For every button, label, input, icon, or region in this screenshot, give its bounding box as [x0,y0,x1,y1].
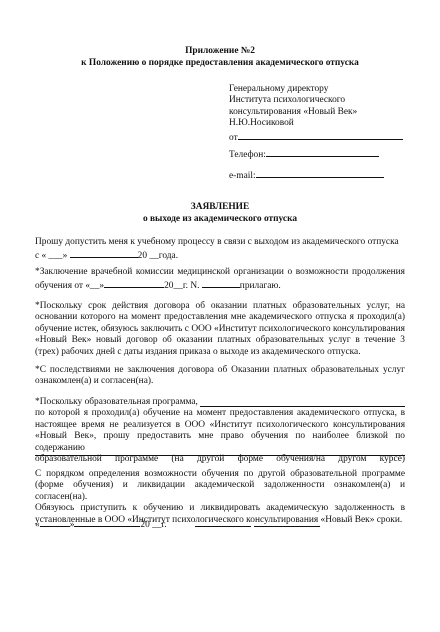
sign-year-label: 20 __г. [140,520,166,530]
p2-date-prefix: обучения от «__» [35,281,104,291]
from-field[interactable] [238,130,403,140]
p2-line-2: обучения от «__»20__г. N. прилагаю. [35,278,405,292]
addressee-block: Генеральному директору Института психоло… [229,84,409,144]
p2-year-text: 20__г. N. [164,281,202,291]
signature-row: «»20 __г. [35,517,405,531]
addressee-line-2: Института психологического [229,95,409,106]
conclusion-number-field[interactable] [202,278,240,288]
p2-line-1: *Заключение врачебной комиссии медицинск… [35,267,405,278]
conclusion-month-field[interactable] [104,278,164,288]
p5-program-label: *Поскольку образовательная программа, [35,397,198,408]
from-row: от [229,130,409,144]
appendix-subtitle: к Положению о порядке предоставления ака… [0,58,440,69]
addressee-line-1: Генеральному директору [229,84,409,95]
signature-name-field[interactable] [254,526,320,527]
addressee-line-3: консультирования «Новый Век» [229,107,409,118]
email-field[interactable] [256,168,384,178]
sign-month-field[interactable] [74,517,140,527]
statement-subtitle: о выходе из академического отпуска [0,214,440,225]
signature-slash: / [232,516,234,527]
p1-year-text: 20 __года. [138,251,178,261]
paragraph-return-request: Прошу допустить меня к учебному процессу… [35,237,405,263]
paragraph-contract-expired: *Поскольку срок действия договора об ока… [35,301,405,358]
p5-body: по которой я проходил(а) обучение на мом… [35,408,405,454]
p2-attach-text: прилагаю. [240,281,281,291]
statement-title: ЗАЯВЛЕНИЕ [0,202,440,213]
sign-day-field[interactable] [40,517,70,527]
p5-line-1: *Поскольку образовательная программа, [35,397,405,408]
p1-line-1: Прошу допустить меня к учебному процессу… [35,237,405,248]
paragraph-medical-conclusion: *Заключение врачебной комиссии медицинск… [35,267,405,293]
new-program-field[interactable] [35,455,405,456]
email-label: e-mail: [229,171,256,181]
p6-text: С порядком определения возможности обуче… [35,469,405,503]
phone-row: Телефон: [229,147,379,161]
signature-field[interactable] [195,526,251,527]
p1-date-prefix: с « ___» [35,251,70,261]
appendix-title: Приложение №2 [0,46,440,57]
from-label: от [229,133,238,143]
email-row: e-mail: [229,168,384,182]
program-name-field[interactable] [200,397,405,407]
p1-line-2: с « ___» 20 __года. [35,248,405,262]
addressee-line-4: Н.Ю.Носиковой [229,118,409,129]
phone-field[interactable] [266,147,379,157]
return-month-field[interactable] [70,248,138,258]
phone-label: Телефон: [229,150,266,160]
paragraph-consequences: *С последствиями не заключения договора … [35,365,405,388]
